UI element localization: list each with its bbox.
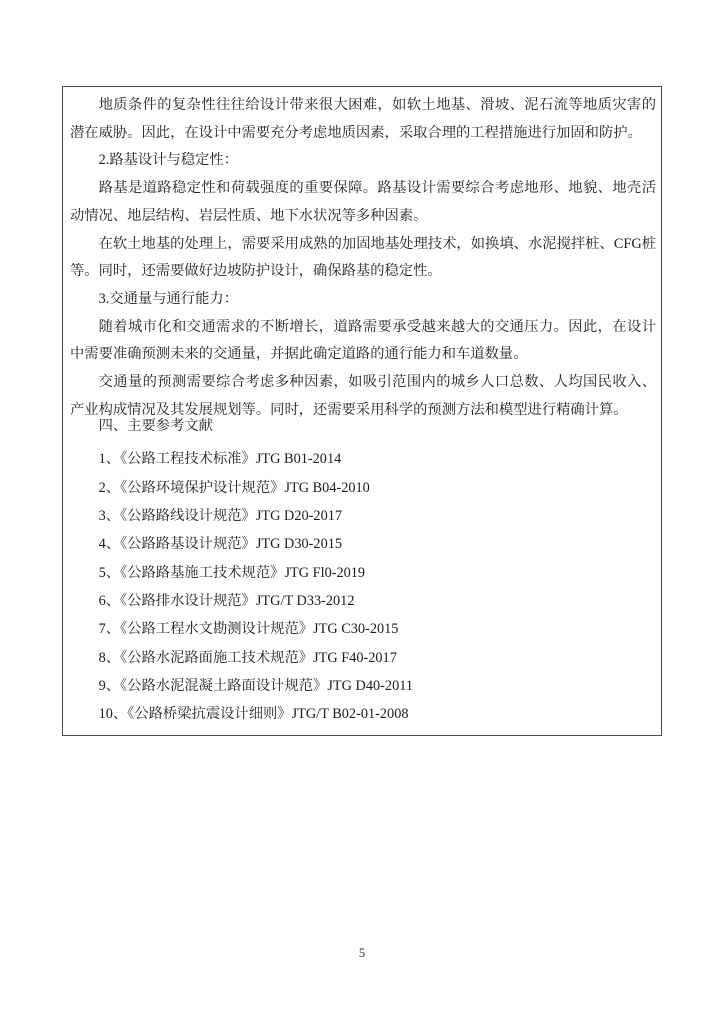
reference-item: 1、《公路工程技术标准》JTG B01-2014 xyxy=(70,445,656,473)
reference-item: 7、《公路工程水文勘测设计规范》JTG C30-2015 xyxy=(70,615,656,643)
subsection-heading: 3.交通量与通行能力： xyxy=(70,286,656,314)
reference-item: 9、《公路水泥混凝土路面设计规范》JTG D40-2011 xyxy=(70,672,656,700)
reference-item: 4、《公路路基设计规范》JTG D30-2015 xyxy=(70,530,656,558)
reference-item: 8、《公路水泥路面施工技术规范》JTG F40-2017 xyxy=(70,644,656,672)
paragraph: 路基是道路稳定性和荷载强度的重要保障。路基设计需要综合考虑地形、地貌、地壳活动情… xyxy=(70,175,656,230)
page-number: 5 xyxy=(0,946,724,961)
document-page: 地质条件的复杂性往往给设计带来很大困难，如软土地基、滑坡、泥石流等地质灾害的潜在… xyxy=(0,0,724,1024)
reference-item: 2、《公路环境保护设计规范》JTG B04-2010 xyxy=(70,474,656,502)
reference-item: 3、《公路路线设计规范》JTG D20-2017 xyxy=(70,502,656,530)
body-blocks: 地质条件的复杂性往往给设计带来很大困难，如软土地基、滑坡、泥石流等地质灾害的潜在… xyxy=(70,92,656,424)
paragraph: 交通量的预测需要综合考虑多种因素，如吸引范围内的城乡人口总数、人均国民收入、产业… xyxy=(70,369,656,424)
table-cell-border: 地质条件的复杂性往往给设计带来很大困难，如软土地基、滑坡、泥石流等地质灾害的潜在… xyxy=(62,86,662,736)
reference-list: 1、《公路工程技术标准》JTG B01-20142、《公路环境保护设计规范》JT… xyxy=(70,445,656,728)
content-area: 地质条件的复杂性往往给设计带来很大困难，如软土地基、滑坡、泥石流等地质灾害的潜在… xyxy=(70,92,656,728)
subsection-heading: 2.路基设计与稳定性： xyxy=(70,147,656,175)
reference-item: 5、《公路路基施工技术规范》JTG Fl0-2019 xyxy=(70,559,656,587)
paragraph: 在软土地基的处理上，需要采用成熟的加固地基处理技术，如换填、水泥搅拌桩、CFG桩… xyxy=(70,231,656,286)
paragraph: 地质条件的复杂性往往给设计带来很大困难，如软土地基、滑坡、泥石流等地质灾害的潜在… xyxy=(70,92,656,147)
reference-item: 10、《公路桥梁抗震设计细则》JTG/T B02-01-2008 xyxy=(70,700,656,728)
paragraph: 随着城市化和交通需求的不断增长，道路需要承受越来越大的交通压力。因此，在设计中需… xyxy=(70,314,656,369)
reference-item: 6、《公路排水设计规范》JTG/T D33-2012 xyxy=(70,587,656,615)
